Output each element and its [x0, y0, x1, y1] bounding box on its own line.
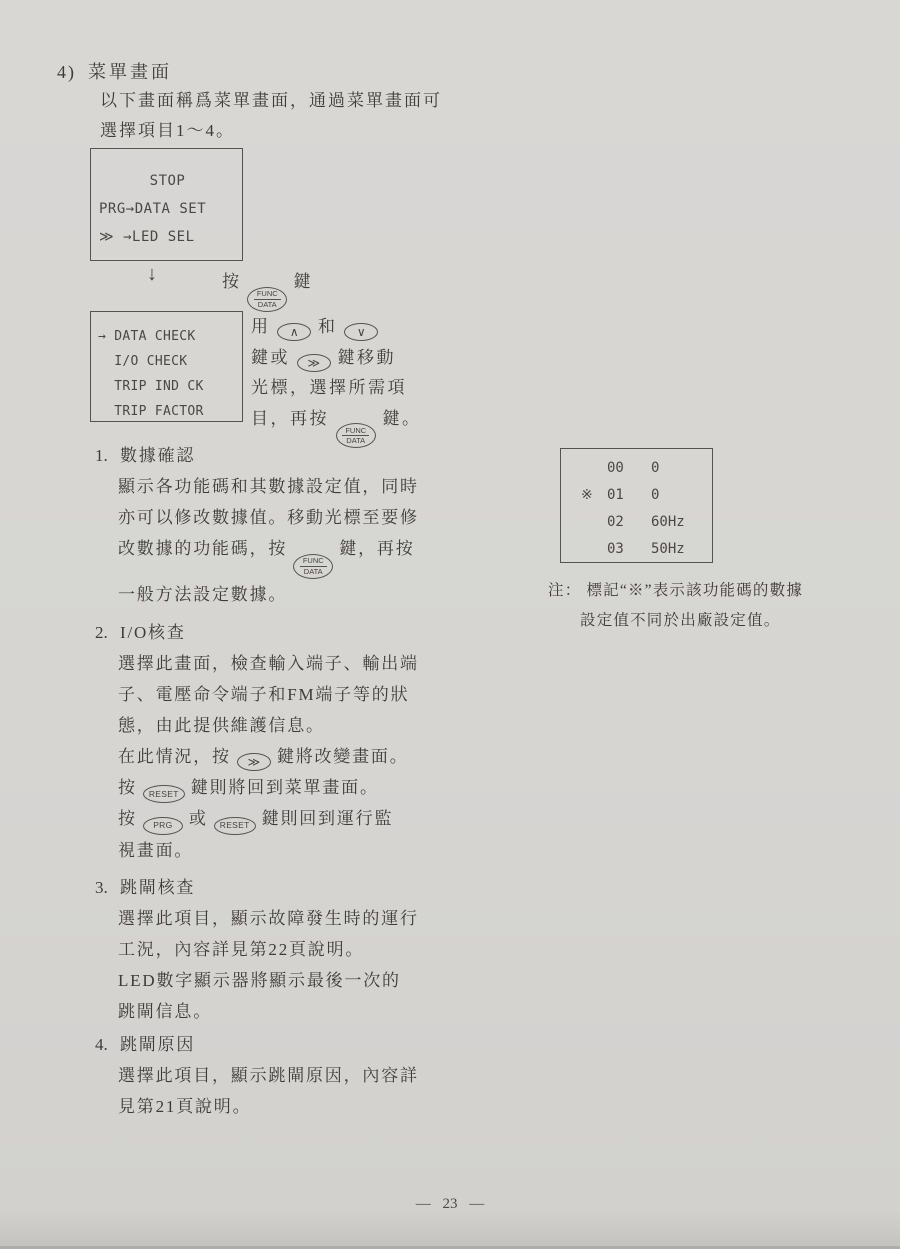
shift-key-icon: ≫ [297, 354, 331, 372]
text-line: 在此情況，按 ≫ 鍵將改變畫面。 [118, 741, 505, 772]
text-line: 設定值不同於出廠設定值。 [548, 606, 803, 636]
fn-code: 01 [607, 487, 651, 503]
item-title: 跳閘核查 [120, 872, 195, 903]
function-code-row: ※010 [561, 487, 712, 514]
text-line: 態，由此提供維護信息。 [118, 710, 505, 741]
fn-mark: ※ [581, 487, 607, 503]
asterisk-note: 注： 標記“※”表示該功能碼的數據設定值不同於出廠設定值。 [548, 576, 803, 636]
text-line: 改數據的功能碼，按 FUNCDATA 鍵，再按 [118, 533, 505, 579]
fn-value: 50Hz [651, 541, 685, 557]
reset-key-icon: RESET [214, 817, 256, 835]
text-line: 按 RESET 鍵則將回到菜單畫面。 [118, 772, 505, 804]
press-func-data-caption: 按 FUNCDATA 鍵 [222, 267, 313, 312]
intro-paragraph: 以下畫面稱爲菜單畫面，通過菜單畫面可選擇項目1～4。 [100, 86, 442, 146]
item-number: 4. [95, 1029, 120, 1060]
text-line: 選擇項目1～4。 [100, 116, 442, 146]
text-line: 一般方法設定數據。 [118, 579, 505, 610]
item-body: 顯示各功能碼和其數據設定值，同時亦可以修改數據值。移動光標至要修改數據的功能碼，… [95, 471, 505, 610]
item-number: 2. [95, 617, 120, 648]
fn-code: 00 [607, 460, 651, 476]
section-heading: 4)菜單畫面 [57, 58, 172, 84]
text-line: 見第21頁說明。 [118, 1091, 505, 1122]
function-code-display: 000※0100260Hz0350Hz [560, 448, 713, 563]
prg-key-icon: PRG [143, 817, 183, 835]
text-line: ≫ →LED SEL [99, 223, 236, 251]
item-number: 3. [95, 872, 120, 903]
text-line: 工況，內容詳見第22頁說明。 [118, 934, 505, 965]
function-code-row: 000 [561, 460, 712, 487]
function-code-row: 0260Hz [561, 514, 712, 541]
reset-key-icon: RESET [143, 785, 185, 803]
fn-value: 0 [651, 460, 659, 476]
text-line: 光標，選擇所需項 [251, 373, 422, 404]
text-line: I/O CHECK [98, 349, 238, 374]
text-line: STOP [99, 167, 236, 195]
down-key-icon: ∨ [344, 323, 378, 341]
up-key-icon: ∧ [277, 323, 311, 341]
item-io-check: 2. I/O核查 選擇此畫面，檢查輸入端子、輸出端子、電壓命令端子和FM端子等的… [95, 617, 505, 866]
page-number: — 23 — [0, 1196, 900, 1213]
item-title: 數據確認 [120, 440, 195, 471]
text-line: 按 PRG 或 RESET 鍵則回到運行監 [118, 803, 505, 835]
text-line: → DATA CHECK [98, 324, 238, 349]
item-heading: 2. I/O核查 [95, 617, 505, 648]
text-line: 用 ∧ 和 ∨ [251, 312, 422, 343]
text-line: 子、電壓命令端子和FM端子等的狀 [118, 679, 505, 710]
text-line: TRIP FACTOR [98, 399, 238, 424]
item-heading: 3. 跳閘核查 [95, 872, 505, 903]
fn-value: 60Hz [651, 514, 685, 530]
item-body: 選擇此項目，顯示跳閘原因，內容詳見第21頁說明。 [95, 1060, 505, 1122]
text-line: 選擇此項目，顯示故障發生時的運行 [118, 903, 505, 934]
item-heading: 1. 數據確認 [95, 440, 505, 471]
down-arrow-icon: ↓ [147, 263, 157, 286]
item-body: 選擇此畫面，檢查輸入端子、輸出端子、電壓命令端子和FM端子等的狀態，由此提供維護… [95, 648, 505, 866]
text-line: 跳閘信息。 [118, 996, 505, 1027]
item-trip-factor: 4. 跳閘原因 選擇此項目，顯示跳閘原因，內容詳見第21頁說明。 [95, 1029, 505, 1122]
function-code-row: 0350Hz [561, 541, 712, 568]
item-title: 跳閘原因 [120, 1029, 195, 1060]
funcdata-key-icon: FUNCDATA [293, 554, 333, 579]
text-line: 注： 標記“※”表示該功能碼的數據 [548, 576, 803, 606]
text-line: TRIP IND CK [98, 374, 238, 399]
text-line: 鍵或 ≫ 鍵移動 [251, 343, 422, 374]
menu-help-text: 用 ∧ 和 ∨鍵或 ≫ 鍵移動光標，選擇所需項目，再按 FUNCDATA 鍵。 [251, 312, 422, 448]
text-line: 按 FUNCDATA 鍵 [222, 267, 313, 312]
funcdata-key-icon: FUNCDATA [247, 287, 287, 312]
menu-screen-box: STOPPRG→DATA SET≫ →LED SEL [90, 148, 243, 261]
text-line: LED數字顯示器將顯示最後一次的 [118, 965, 505, 996]
text-line: 選擇此畫面，檢查輸入端子、輸出端 [118, 648, 505, 679]
text-line: 選擇此項目，顯示跳閘原因，內容詳 [118, 1060, 505, 1091]
text-line: 視畫面。 [118, 835, 505, 866]
text-line: PRG→DATA SET [99, 195, 236, 223]
shift-key-icon: ≫ [237, 753, 271, 771]
fn-value: 0 [651, 487, 659, 503]
text-line: 以下畫面稱爲菜單畫面，通過菜單畫面可 [100, 86, 442, 116]
text-line: 亦可以修改數據值。移動光標至要修 [118, 502, 505, 533]
section-number: 4) [57, 62, 76, 82]
fn-code: 02 [607, 514, 651, 530]
item-title: I/O核查 [120, 617, 186, 648]
item-data-check: 1. 數據確認 顯示各功能碼和其數據設定值，同時亦可以修改數據值。移動光標至要修… [95, 440, 505, 610]
item-trip-check: 3. 跳閘核查 選擇此項目，顯示故障發生時的運行工況，內容詳見第22頁說明。LE… [95, 872, 505, 1027]
numbered-items: 1. 數據確認 顯示各功能碼和其數據設定值，同時亦可以修改數據值。移動光標至要修… [95, 440, 505, 1122]
text-line: 顯示各功能碼和其數據設定值，同時 [118, 471, 505, 502]
menu-list-box: → DATA CHECK I/O CHECK TRIP IND CK TRIP … [90, 311, 243, 422]
item-heading: 4. 跳閘原因 [95, 1029, 505, 1060]
item-body: 選擇此項目，顯示故障發生時的運行工況，內容詳見第22頁說明。LED數字顯示器將顯… [95, 903, 505, 1027]
item-number: 1. [95, 440, 120, 471]
fn-code: 03 [607, 541, 651, 557]
section-title: 菜單畫面 [88, 62, 172, 82]
